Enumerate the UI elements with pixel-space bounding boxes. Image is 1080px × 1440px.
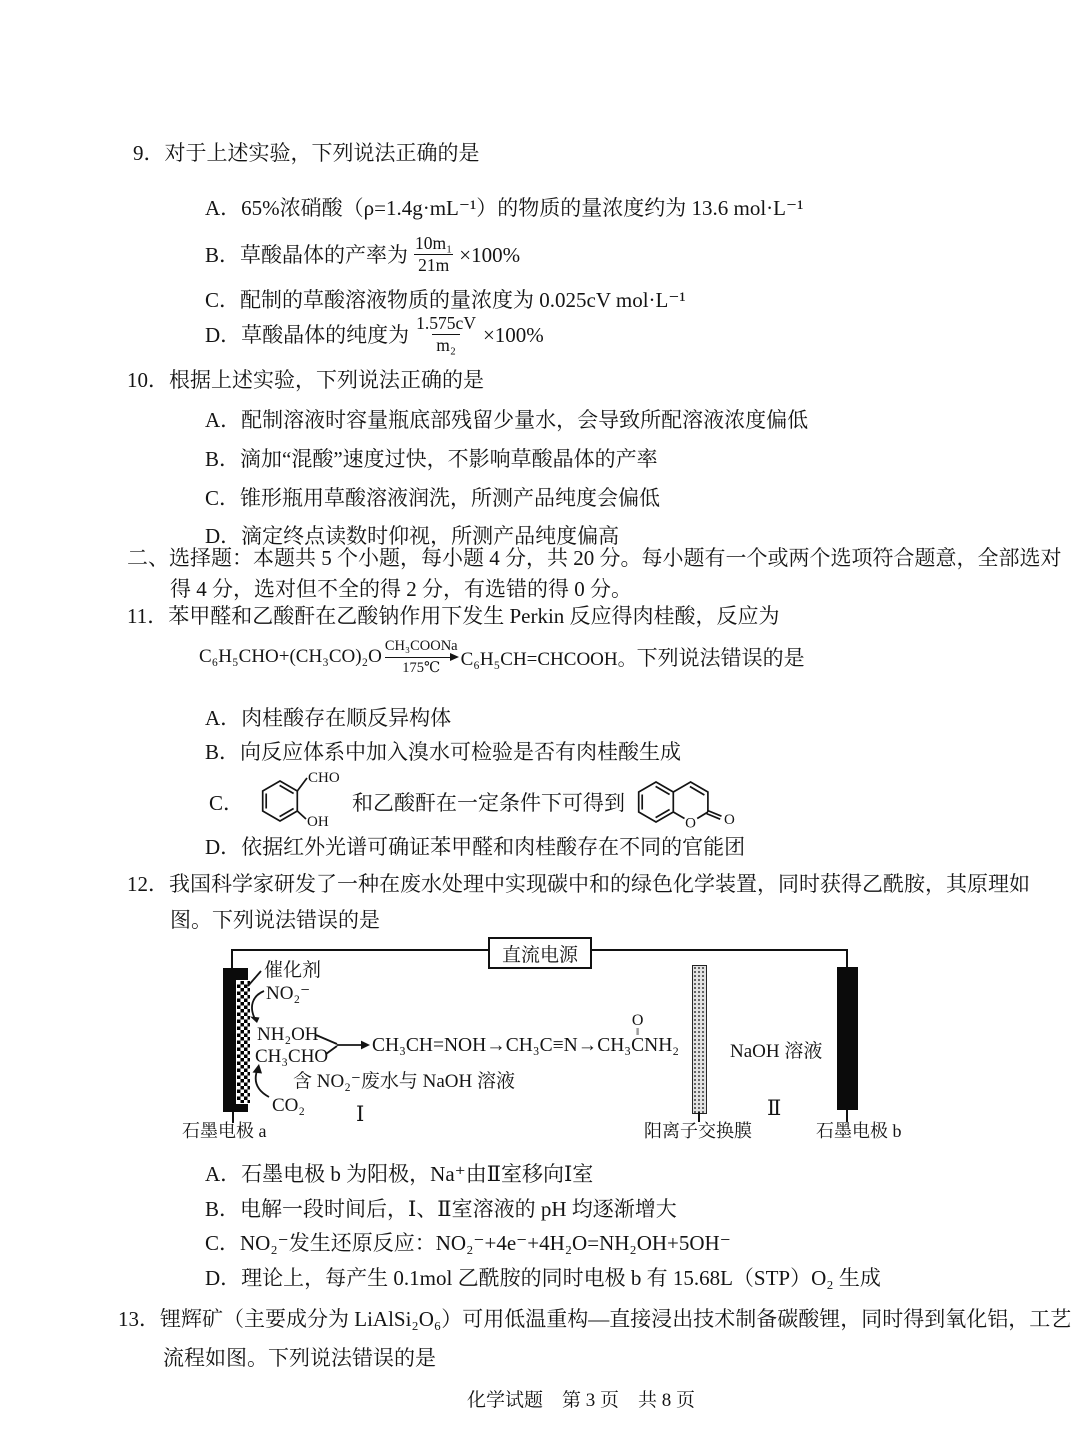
q11-stem: 11．苯甲醛和乙酸酐在乙酸钠作用下发生 Perkin 反应得肉桂酸，反应为 bbox=[127, 603, 780, 629]
q10-option-b: B．滴加“混酸”速度过快，不影响草酸晶体的产率 bbox=[205, 446, 658, 472]
acetamide-carbonyl: O‖C bbox=[631, 1035, 644, 1057]
oh-label: OH bbox=[307, 814, 329, 830]
q11-c-label: C． bbox=[209, 787, 244, 817]
q9-d-pre: D．草酸晶体的纯度为 bbox=[205, 322, 409, 348]
chain-part1: CH₃CH=NOH→CH₃C≡N→CH₃ bbox=[372, 1035, 631, 1056]
arrow-line bbox=[385, 657, 457, 658]
solution1-label: 含 NO₂⁻废水与 NaOH 溶液 bbox=[293, 1072, 515, 1093]
q9-d-suffix: ×100% bbox=[483, 322, 544, 348]
electrolysis-diagram: 直流电源 催化剂 NO₂⁻ NH₂OH CH₃CHO CO₂ bbox=[180, 930, 920, 1148]
section-2-header: 二、选择题：本题共 5 个小题，每小题 4 分，共 20 分。每小题有一个或两个… bbox=[127, 543, 1065, 605]
q12-stem: 12．我国科学家研发了一种在废水处理中实现碳中和的绿色化学装置，同时获得乙酰胺，… bbox=[127, 866, 1060, 938]
double-bond-glyph: ‖ bbox=[636, 1028, 639, 1037]
cho-label: CHO bbox=[308, 770, 340, 786]
q13-stem: 13．锂辉矿（主要成分为 LiAlSi₂O₆）可用低温重构—直接浸出技术制备碳酸… bbox=[118, 1300, 1075, 1378]
fraction: 10m₁21m bbox=[411, 233, 456, 276]
arrow-condition-bottom: 175℃ bbox=[402, 660, 440, 677]
room2-label: Ⅱ bbox=[767, 1097, 781, 1120]
naoh-label: NaOH 溶液 bbox=[730, 1042, 822, 1063]
q9-b-pre: B．草酸晶体的产率为 bbox=[205, 242, 408, 268]
membrane-bar bbox=[692, 965, 707, 1114]
q11-option-c: C． CHO OH 和乙酸酐在一定条件下可得到 bbox=[205, 761, 779, 843]
q11-c-text: 和乙酸酐在一定条件下可得到 bbox=[352, 787, 625, 817]
q9-option-a: A．65%浓硝酸（ρ=1.4g·mL⁻¹）的物质的量浓度约为 13.6 mol·… bbox=[205, 195, 803, 221]
carbonyl-oxygen: O‖ bbox=[632, 1015, 644, 1037]
q9-option-c: C．配制的草酸溶液物质的量浓度为 0.025cV mol·L⁻¹ bbox=[205, 287, 686, 313]
salicylaldehyde-structure: CHO OH bbox=[248, 763, 348, 841]
ring-oxygen-label: O bbox=[685, 816, 696, 832]
q10-stem: 10．根据上述实验，下列说法正确的是 bbox=[127, 367, 484, 393]
membrane-label: 阳离子交换膜 bbox=[644, 1122, 752, 1142]
fraction: 1.575cVm₂ bbox=[412, 313, 480, 356]
q10-option-c: C．锥形瓶用草酸溶液润洗，所测产品纯度会偏低 bbox=[205, 485, 660, 511]
fraction-numerator: 1.575cV bbox=[412, 313, 480, 334]
q10-option-a: A．配制溶液时容量瓶底部残留少量水，会导致所配溶液浓度偏低 bbox=[205, 407, 808, 433]
electrode-a-label: 石墨电极 a bbox=[182, 1122, 267, 1142]
q9-b-suffix: ×100% bbox=[459, 242, 520, 268]
q12-option-d: D．理论上，每产生 0.1mol 乙酰胺的同时电极 b 有 15.68L（STP… bbox=[205, 1265, 881, 1291]
q12-option-b: B．电解一段时间后，Ⅰ、Ⅱ室溶液的 pH 均逐渐增大 bbox=[205, 1196, 677, 1222]
fraction-numerator: 10m₁ bbox=[411, 233, 456, 254]
exam-page: 9．对于上述实验，下列说法正确的是 A．65%浓硝酸（ρ=1.4g·mL⁻¹）的… bbox=[0, 0, 1080, 1440]
page-footer: 化学试题 第 3 页 共 8 页 bbox=[0, 1385, 1080, 1412]
q9-stem: 9．对于上述实验，下列说法正确的是 bbox=[133, 140, 480, 166]
reactants-formula: C₆H₅CHO+(CH₃CO)₂O bbox=[199, 646, 382, 668]
carbonyl-c-label: C bbox=[631, 1035, 644, 1056]
carbonyl-oxygen-label: O bbox=[724, 812, 735, 828]
q12-option-c: C．NO₂⁻发生还原反应：NO₂⁻+4e⁻+4H₂O=NH₂OH+5OH⁻ bbox=[205, 1230, 731, 1256]
q11-option-d: D．依据红外光谱可确证苯甲醛和肉桂酸存在不同的官能团 bbox=[205, 834, 745, 860]
q12-option-a: A．石墨电极 b 为阳极，Na⁺由Ⅱ室移向Ⅰ室 bbox=[205, 1161, 593, 1187]
fraction-denominator: 21m bbox=[414, 254, 453, 276]
electrode-b-label: 石墨电极 b bbox=[816, 1122, 902, 1142]
q9-option-b: B．草酸晶体的产率为10m₁21m×100% bbox=[205, 233, 520, 276]
fraction-denominator: m₂ bbox=[432, 334, 460, 356]
q11-question-tail: 下列说法错误的是 bbox=[637, 642, 805, 672]
reaction-chain: CH₃CH=NOH→CH₃C≡N→CH₃O‖CNH₂ bbox=[372, 1035, 679, 1057]
arrow-condition-top: CH₃COONa bbox=[385, 638, 458, 655]
q11-reaction-equation: C₆H₅CHO+(CH₃CO)₂O CH₃COONa 175℃ C₆H₅CH=C… bbox=[199, 638, 805, 676]
q9-option-d: D．草酸晶体的纯度为1.575cVm₂×100% bbox=[205, 313, 544, 356]
coumarin-structure: O O bbox=[629, 766, 779, 838]
q11-option-a: A．肉桂酸存在顺反异构体 bbox=[205, 705, 451, 731]
chain-part2: NH₂ bbox=[644, 1035, 679, 1056]
product-formula: C₆H₅CH=CHCOOH。 bbox=[461, 644, 637, 671]
room1-label: Ⅰ bbox=[356, 1103, 364, 1126]
electrode-b-bar bbox=[837, 967, 858, 1110]
reaction-arrow: CH₃COONa 175℃ bbox=[385, 638, 458, 676]
